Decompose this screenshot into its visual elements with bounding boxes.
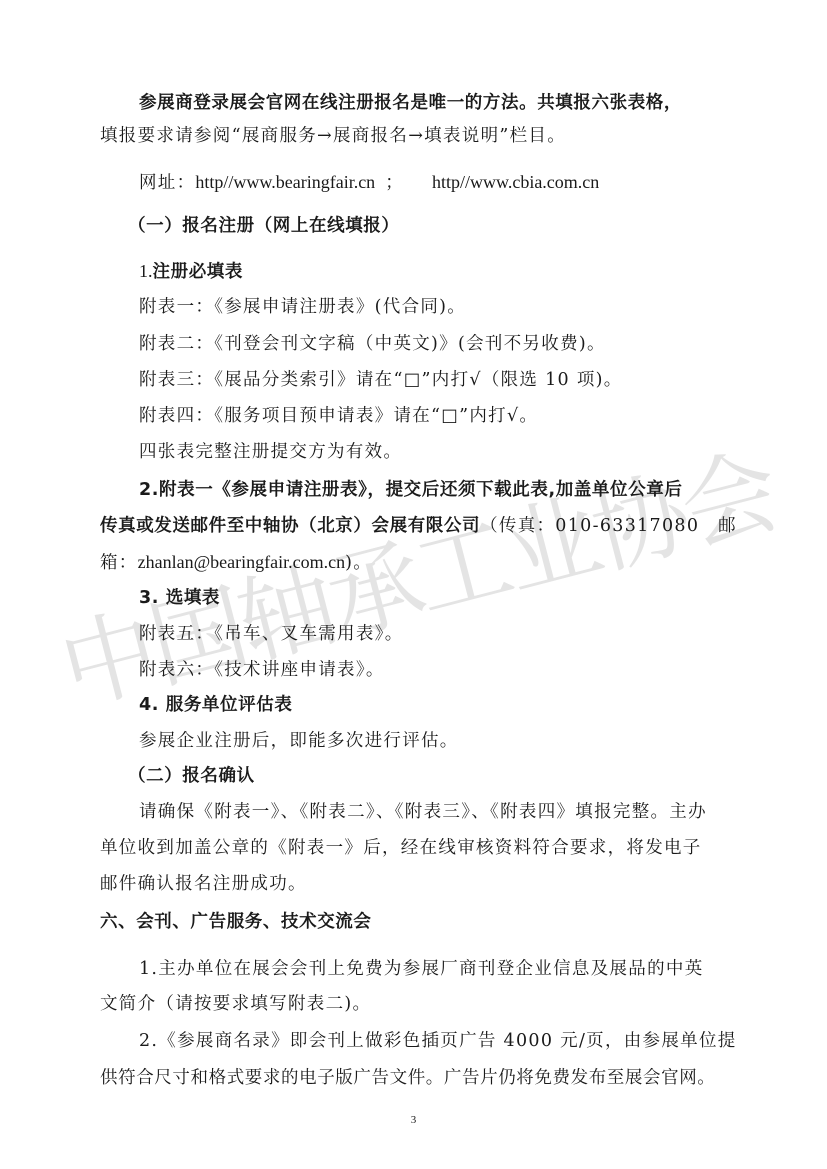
company-name: 传真或发送邮件至中轴协（北京）会展有限公司 [100,516,480,536]
form-item-3: 附表三：《展品分类索引》请在“□”内打√（限选 10 项)。 [139,369,623,391]
instruction-line-2: 传真或发送邮件至中轴协（北京）会展有限公司（传真：010-63317080 邮 [100,515,737,537]
fax-info: （传真：010-63317080 邮 [480,516,737,536]
subheading-number: 1. [139,261,153,281]
subheading-required-forms: 1.注册必填表 [139,260,243,283]
form-item-2: 附表二：《刊登会刊文字稿（中英文)》(会刊不另收费)。 [139,333,606,355]
catalog-para-1-line-2: 文简介（请按要求填写附表二)。 [100,993,371,1015]
section-heading-registration: （一）报名注册（网上在线填报） [128,215,400,237]
url-label: 网址： [139,173,195,193]
catalog-para-2-line-1: 2.《参展商名录》即会刊上做彩色插页广告 4000 元/页，由参展单位提 [139,1030,737,1052]
section-heading-confirmation: （二）报名确认 [128,765,255,787]
url-link-cbia[interactable]: http//www.cbia.com.cn [432,172,599,192]
evaluation-text: 参展企业注册后，即能多次进行评估。 [139,730,459,752]
email-link[interactable]: zhanlan@bearingfair.com.cn [138,552,345,572]
optional-form-item-5: 附表五：《吊车、叉车需用表》。 [139,623,404,645]
intro-line-1: 参展商登录展会官网在线注册报名是唯一的方法。共填报六张表格， [139,92,682,114]
intro-line-2: 填报要求请参阅“展商服务→展商报名→填表说明”栏目。 [100,125,566,147]
form-item-4: 附表四：《服务项目预申请表》请在“□”内打√。 [139,405,538,427]
instruction-line-3: 箱：zhanlan@bearingfair.com.cn)。 [100,551,372,574]
form-item-1: 附表一：《参展申请注册表》(代合同)。 [139,296,466,318]
url-line: 网址：http//www.bearingfair.cn；http//www.cb… [139,171,599,194]
watermark-char: 会 [669,439,791,561]
url-link-bearingfair[interactable]: http//www.bearingfair.cn [195,172,375,192]
instruction-line-1: 2.附表一《参展申请注册表》，提交后还须下载此表,加盖单位公章后 [139,479,682,501]
subheading-evaluation: 4. 服务单位评估表 [139,694,292,716]
email-suffix: )。 [345,553,372,573]
document-page: 中 国 轴 承 工 业 协 会 参展商登录展会官网在线注册报名是唯一的方法。共填… [0,0,827,1169]
section-heading-catalog-ads: 六、会刊、广告服务、技术交流会 [100,911,372,933]
confirmation-line-1: 请确保《附表一》、《附表二》、《附表三》、《附表四》填报完整。主办 [139,801,707,823]
optional-form-item-6: 附表六：《技术讲座申请表》。 [139,659,385,681]
confirmation-line-3: 邮件确认报名注册成功。 [100,873,307,895]
form-note: 四张表完整注册提交方为有效。 [139,441,402,463]
watermark-char: 业 [492,484,614,606]
page-number: 3 [0,1114,827,1126]
catalog-para-2-line-2: 供符合尺寸和格式要求的电子版广告文件。广告片仍将免费发布至展会官网。 [100,1067,715,1089]
url-separator: ； [385,173,404,193]
catalog-para-1-line-1: 1.主办单位在展会会刊上免费为参展厂商刊登企业信息及展品的中英 [139,958,704,980]
email-label: 箱： [100,553,138,573]
subheading-title: 注册必填表 [153,262,244,282]
confirmation-line-2: 单位收到加盖公章的《附表一》后，经在线审核资料符合要求，将发电子 [100,837,702,859]
subheading-optional-forms: 3. 选填表 [139,587,220,609]
